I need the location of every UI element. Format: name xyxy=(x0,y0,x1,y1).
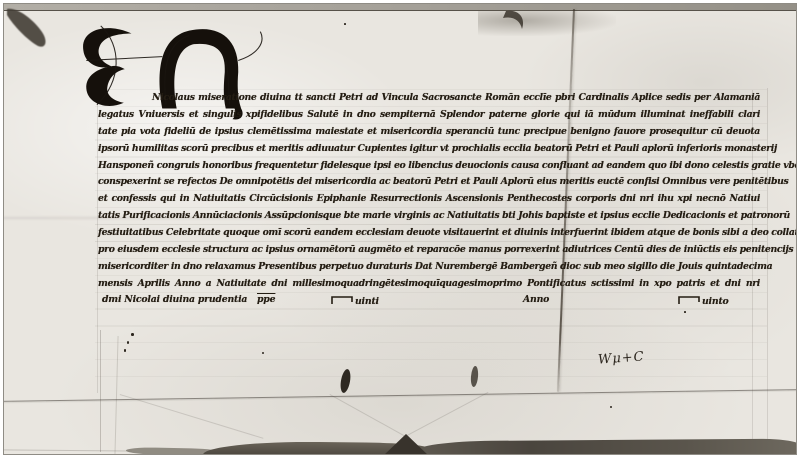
diagonal-crease xyxy=(405,392,488,437)
q-flourish xyxy=(677,294,701,305)
diagonal-crease xyxy=(120,394,264,439)
tear-hole-mark xyxy=(500,9,530,31)
table-surface-strip xyxy=(3,3,797,11)
left-fold-crease xyxy=(100,330,101,452)
top-stain xyxy=(478,10,616,36)
dateline-quinti: uinti xyxy=(330,294,379,307)
manuscript-text-block: Nicolaus miseratione diuina tt sancti Pe… xyxy=(98,90,760,293)
ink-speck xyxy=(610,406,612,408)
ink-speck xyxy=(131,333,134,336)
corner-smudge xyxy=(4,6,52,50)
charter-photograph: N Nicolaus miseratione diuina tt sancti … xyxy=(0,0,800,458)
dateline-phrase: dmi Nicolai diuina prudentia xyxy=(102,294,247,305)
manuscript-line: Hansponeñ congruis honoribus frequentetu… xyxy=(98,158,760,175)
ink-speck xyxy=(684,311,686,313)
dateline-dot: · xyxy=(231,294,234,305)
manuscript-line: ipsorū humilitas scorū precibus et merit… xyxy=(98,141,760,158)
manuscript-line: Nicolaus miseratione diuina tt sancti Pe… xyxy=(152,90,760,107)
manuscript-line: et confessis qui in Natiuitatis Circūcis… xyxy=(98,191,760,208)
ink-speck xyxy=(124,349,126,352)
dateline-pape: ppe xyxy=(257,294,275,305)
smudge-shape xyxy=(4,6,52,50)
bottom-edge-line xyxy=(0,449,132,451)
dateline: dmi Nicolai diuina prudentia · ppe uinti… xyxy=(98,294,770,312)
bottom-edge-shadow xyxy=(415,439,800,458)
dateline-quinto: uinto xyxy=(677,294,729,307)
manuscript-line: tatis Purificacionis Annūciacionis Assūp… xyxy=(98,208,760,225)
manuscript-line: pro eiusdem ecclesie structura ac ipsius… xyxy=(98,242,760,259)
q-flourish xyxy=(330,294,354,305)
dateline-anno: Anno xyxy=(523,294,549,305)
ink-speck xyxy=(127,341,129,344)
manuscript-line: tate pia vota fideliū de ipsius clemētis… xyxy=(98,124,760,141)
manuscript-line: legatus Vniuersis et singulis xpifidelib… xyxy=(98,107,760,124)
manuscript-line: conspexerint se refectos De omnipotētis … xyxy=(98,174,760,191)
ink-speck xyxy=(344,23,346,25)
diagonal-crease xyxy=(330,394,406,437)
manuscript-line: mensis Aprilis Anno a Natiuitate dni mil… xyxy=(98,276,760,293)
ink-speck xyxy=(262,352,264,354)
manuscript-line: festiuitatibus Celebritate quoque omī sc… xyxy=(98,225,760,242)
manuscript-line: misericorditer in dno relaxamus Presenti… xyxy=(98,259,760,276)
edge-notch xyxy=(383,434,429,456)
